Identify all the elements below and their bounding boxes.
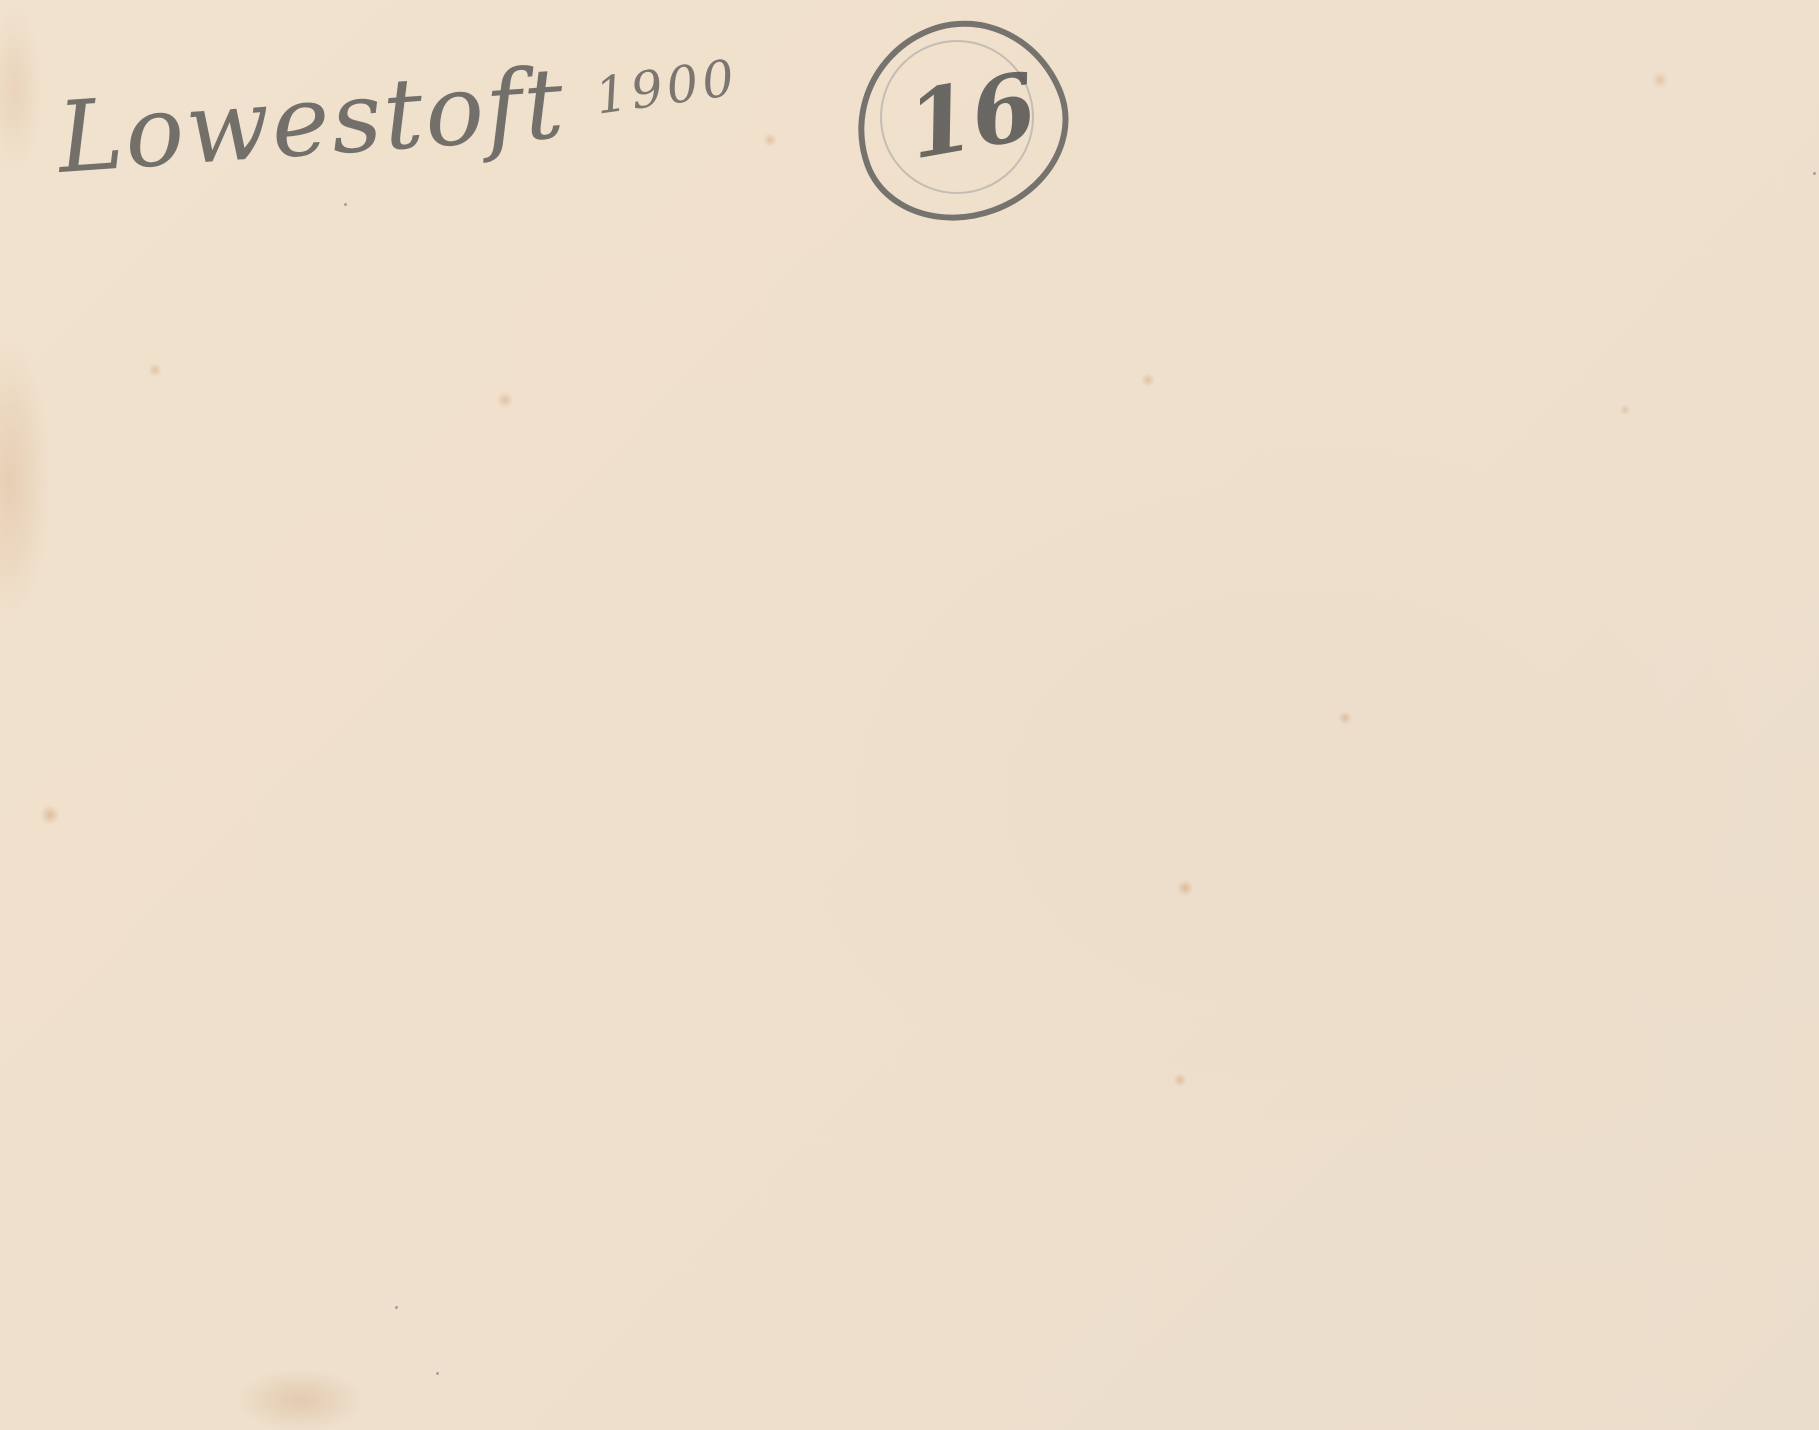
year-annotation: 1900 bbox=[592, 48, 742, 125]
place-annotation: Lowestoft bbox=[54, 47, 569, 196]
speck bbox=[344, 203, 347, 206]
paper-card: Lowestoft 1900 16 bbox=[0, 0, 1819, 1430]
circled-number: 16 bbox=[900, 52, 1045, 181]
speck bbox=[436, 1372, 439, 1375]
speck bbox=[395, 1306, 398, 1309]
speck bbox=[1813, 172, 1816, 175]
